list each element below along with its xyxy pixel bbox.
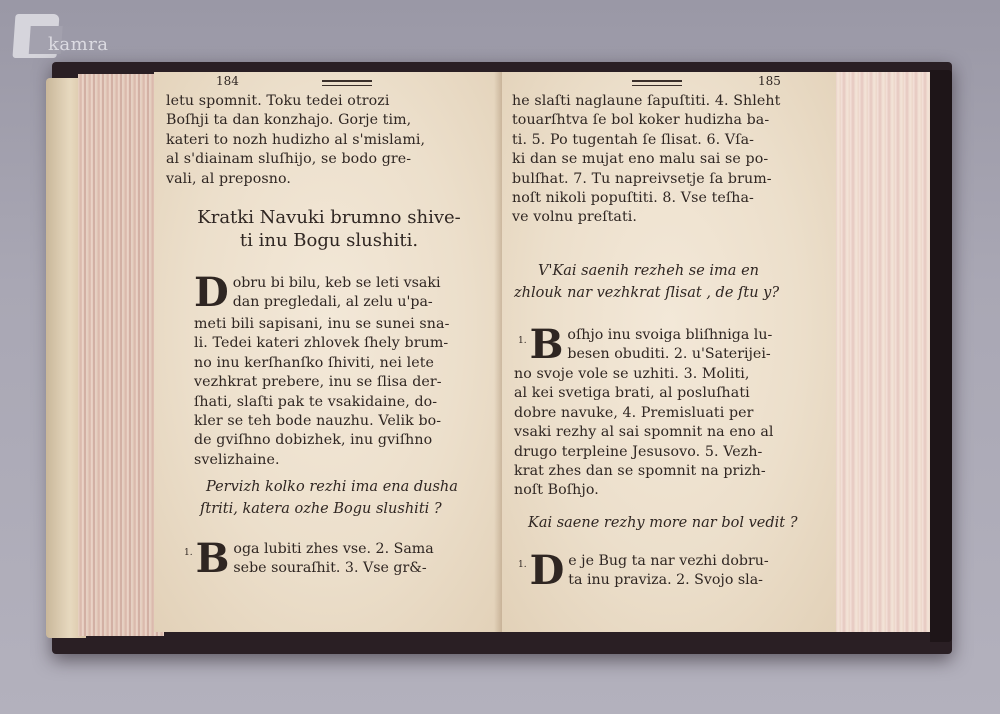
text-line: vali, al preposno. <box>166 170 425 189</box>
drop-cap: D <box>530 554 565 588</box>
text-line: Boſhji ta dan konzhajo. Gorje tim, <box>166 111 425 130</box>
right-page: 185 he slaſti naglaune ſapuſtiti. 4. Shl… <box>502 72 836 632</box>
answer-list: 1. B oſhjo inu svoiga bliſhniga lu- bese… <box>518 326 828 364</box>
drop-cap: D <box>194 276 229 310</box>
watermark-logo: kamra <box>14 14 114 60</box>
text-line: kateri to nozh hudizho al s'mislami, <box>166 131 425 150</box>
book-cover-right <box>930 70 952 642</box>
text-line: al s'diainam sluſhijo, se bodo gre- <box>166 150 425 169</box>
header-rule <box>322 80 372 86</box>
answer-list-cont: no svoje vole se uzhiti. 3. Moliti, al k… <box>514 365 774 501</box>
intro-paragraph-cont: meti bili sapisani, inu se sunei sna- li… <box>194 315 449 470</box>
page-edges-right <box>832 72 932 632</box>
drop-cap: B <box>530 328 564 362</box>
page-number: 184 <box>216 74 239 88</box>
page-edges-left <box>78 74 164 636</box>
section-heading: Kratki Navuki brumno shive- ti inu Bogu … <box>164 206 494 252</box>
header-rule <box>632 80 682 86</box>
question-heading: Kai saene rezhy more nar bol vedit ? <box>528 512 798 534</box>
question-heading: Pervizh kolko rezhi ima ena dusha ſtriti… <box>206 476 458 520</box>
answer-list: 1. D e je Bug ta nar vezhi dobru- ta inu… <box>518 552 828 590</box>
answer-list: 1. B oga lubiti zhes vse. 2. Sama sebe s… <box>184 540 504 578</box>
right-top-text: he slaſti naglaune ſapuſtiti. 4. Shleht … <box>512 92 780 228</box>
drop-cap: B <box>196 542 230 576</box>
left-top-text: letu spomnit. Toku tedei otrozi Boſhji t… <box>166 92 425 189</box>
watermark-text: kamra <box>48 34 109 55</box>
question-heading: V'Kai saenih rezheh se ima en zhlouk nar… <box>538 260 779 304</box>
left-page: 184 letu spomnit. Toku tedei otrozi Boſh… <box>154 72 502 632</box>
text-line: letu spomnit. Toku tedei otrozi <box>166 92 425 111</box>
intro-paragraph: D obru bi bilu, keb se leti vsaki dan pr… <box>194 274 494 312</box>
page-number: 185 <box>758 74 781 88</box>
